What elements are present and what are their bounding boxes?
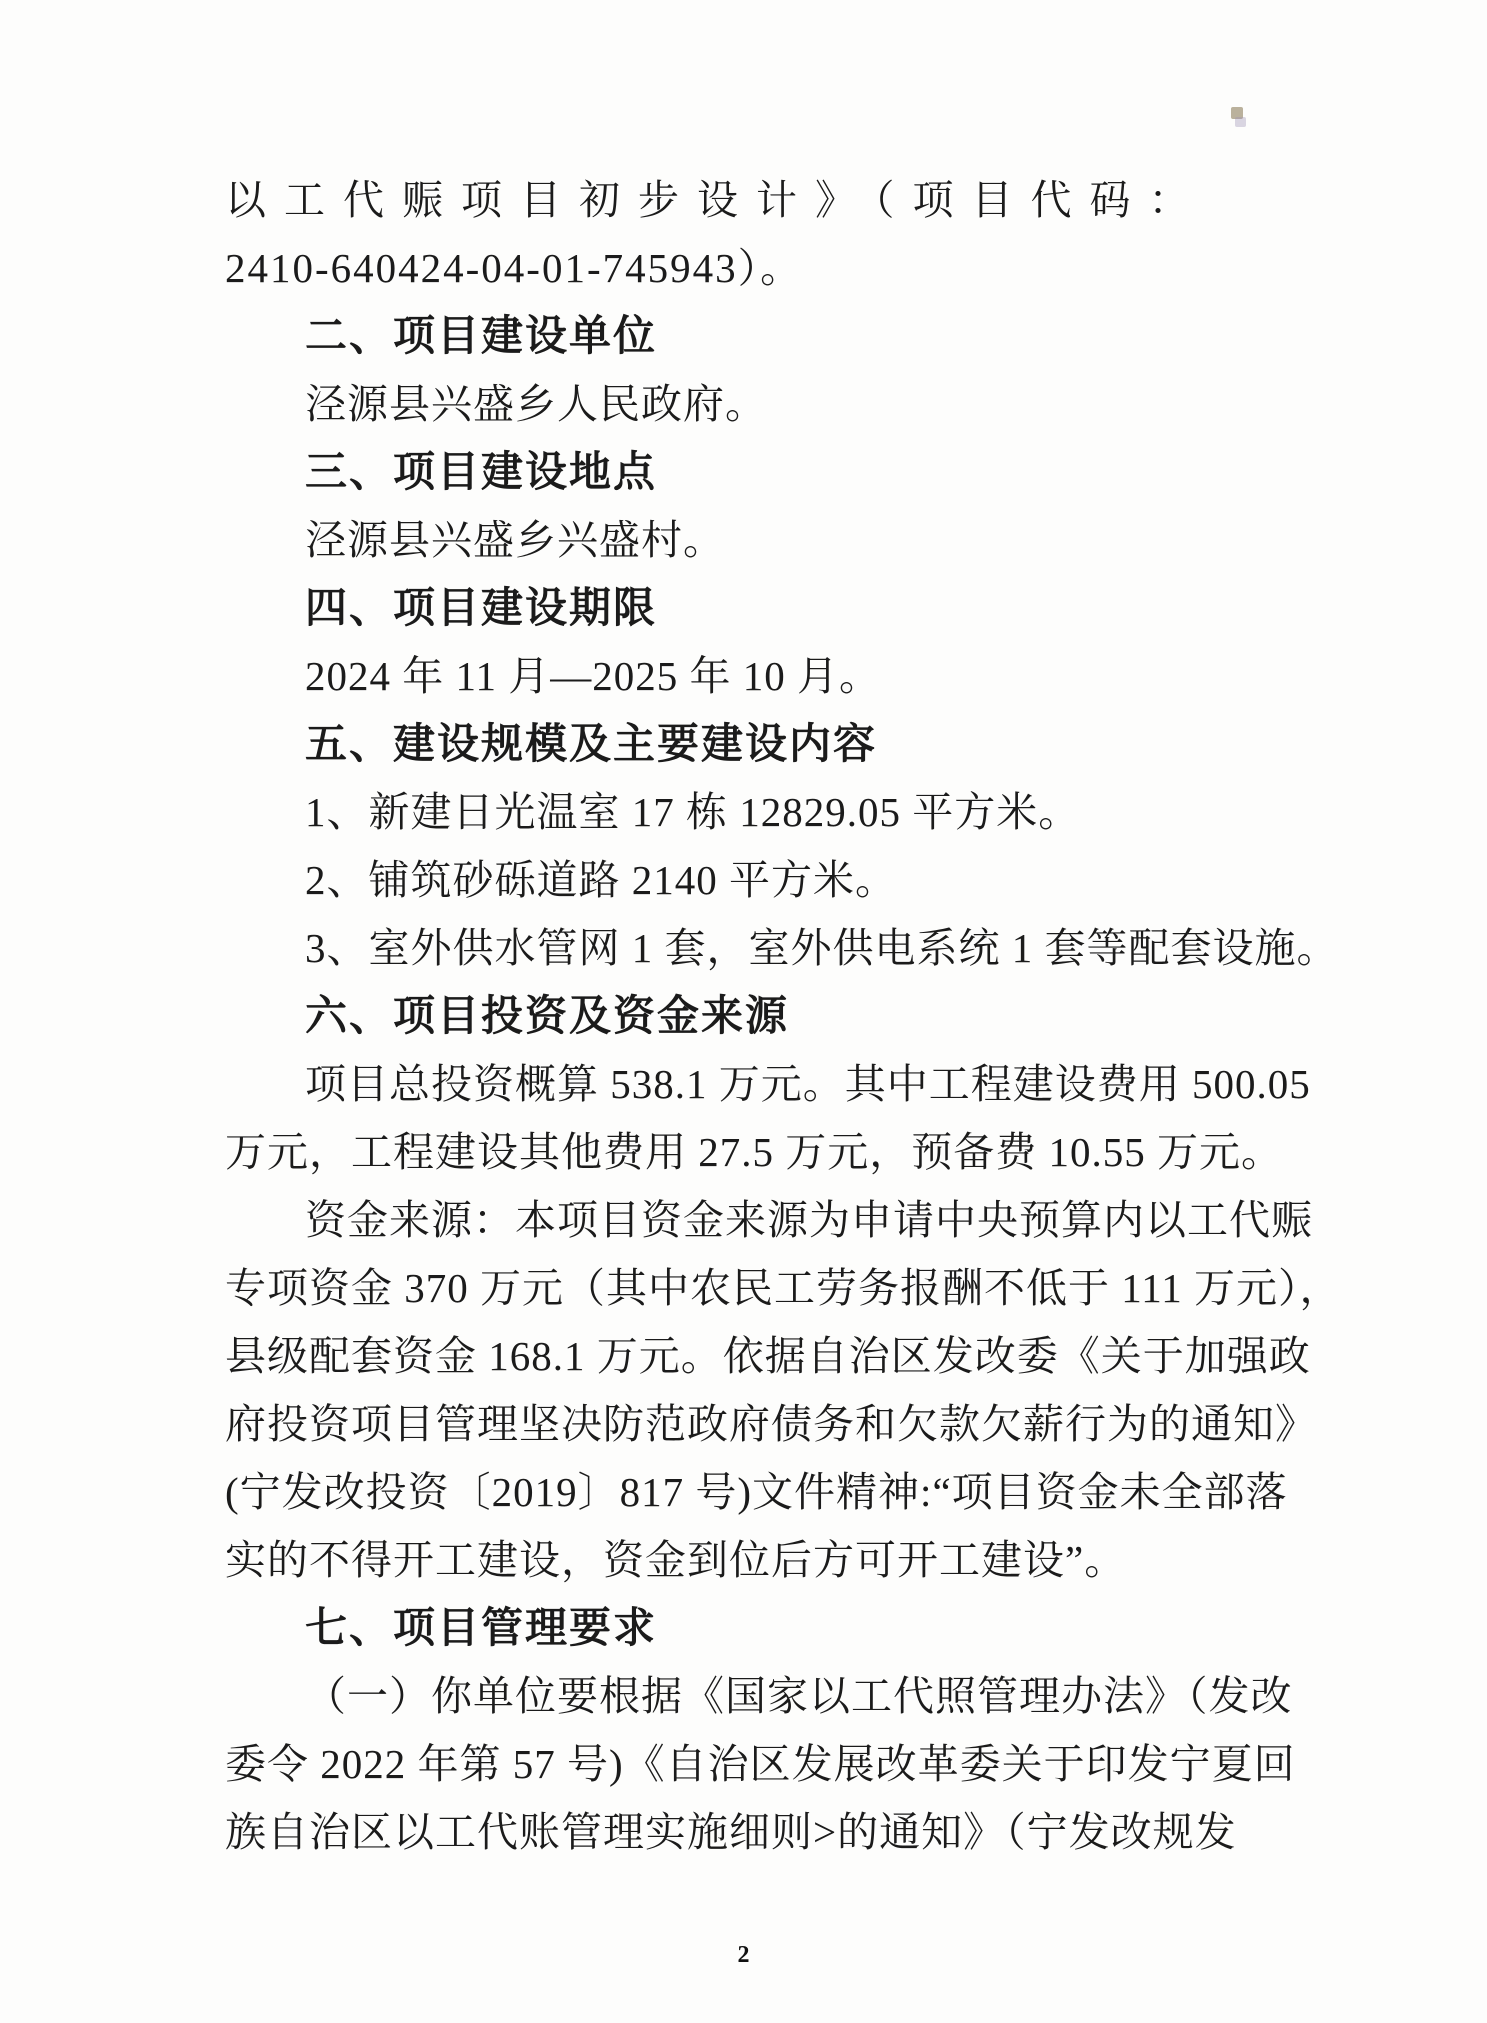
text-line: 2410-640424-04-01-745943）。 xyxy=(225,234,1315,302)
text-line: 以工代赈项目初步设计》（项目代码： xyxy=(225,166,1315,234)
section-heading: 四、项目建设期限 xyxy=(225,574,1315,642)
text-line: 县级配套资金 168.1 万元。依据自治区发改委《关于加强政 xyxy=(225,1322,1315,1390)
section-heading: 三、项目建设地点 xyxy=(225,438,1315,506)
text-line: 2、铺筑砂砾道路 2140 平方米。 xyxy=(225,846,1315,914)
text-line: 泾源县兴盛乡人民政府。 xyxy=(225,370,1315,438)
text-line: （一）你单位要根据《国家以工代照管理办法》（发改 xyxy=(225,1662,1315,1730)
text-line: 实的不得开工建设，资金到位后方可开工建设”。 xyxy=(225,1526,1315,1594)
text-line: 委令 2022 年第 57 号)《自治区发展改革委关于印发宁夏回 xyxy=(225,1730,1315,1798)
section-heading: 六、项目投资及资金来源 xyxy=(225,982,1315,1050)
text-line: 泾源县兴盛乡兴盛村。 xyxy=(225,506,1315,574)
text-line: 3、室外供水管网 1 套，室外供电系统 1 套等配套设施。 xyxy=(225,914,1315,982)
document-page: 以工代赈项目初步设计》（项目代码：2410-640424-04-01-74594… xyxy=(0,0,1487,2023)
text-line: 1、新建日光温室 17 栋 12829.05 平方米。 xyxy=(225,778,1315,846)
text-line: 资金来源：本项目资金来源为申请中央预算内以工代赈 xyxy=(225,1186,1315,1254)
section-heading: 七、项目管理要求 xyxy=(225,1594,1315,1662)
scan-smudge xyxy=(1226,98,1250,132)
text-line: 2024 年 11 月—2025 年 10 月。 xyxy=(225,642,1315,710)
text-line: 专项资金 370 万元（其中农民工劳务报酬不低于 111 万元）， xyxy=(225,1254,1315,1322)
text-line: (宁发改投资〔2019〕817 号)文件精神:“项目资金未全部落 xyxy=(225,1458,1315,1526)
page-number: 2 xyxy=(0,1942,1487,1969)
section-heading: 五、建设规模及主要建设内容 xyxy=(225,710,1315,778)
text-line: 族自治区以工代账管理实施细则>的通知》（宁发改规发 xyxy=(225,1798,1315,1866)
text-line: 项目总投资概算 538.1 万元。其中工程建设费用 500.05 xyxy=(225,1050,1315,1118)
text-line: 万元，工程建设其他费用 27.5 万元，预备费 10.55 万元。 xyxy=(225,1118,1315,1186)
text-line: 府投资项目管理坚决防范政府债务和欠款欠薪行为的通知》 xyxy=(225,1390,1315,1458)
document-body: 以工代赈项目初步设计》（项目代码：2410-640424-04-01-74594… xyxy=(225,166,1315,1866)
section-heading: 二、项目建设单位 xyxy=(225,302,1315,370)
